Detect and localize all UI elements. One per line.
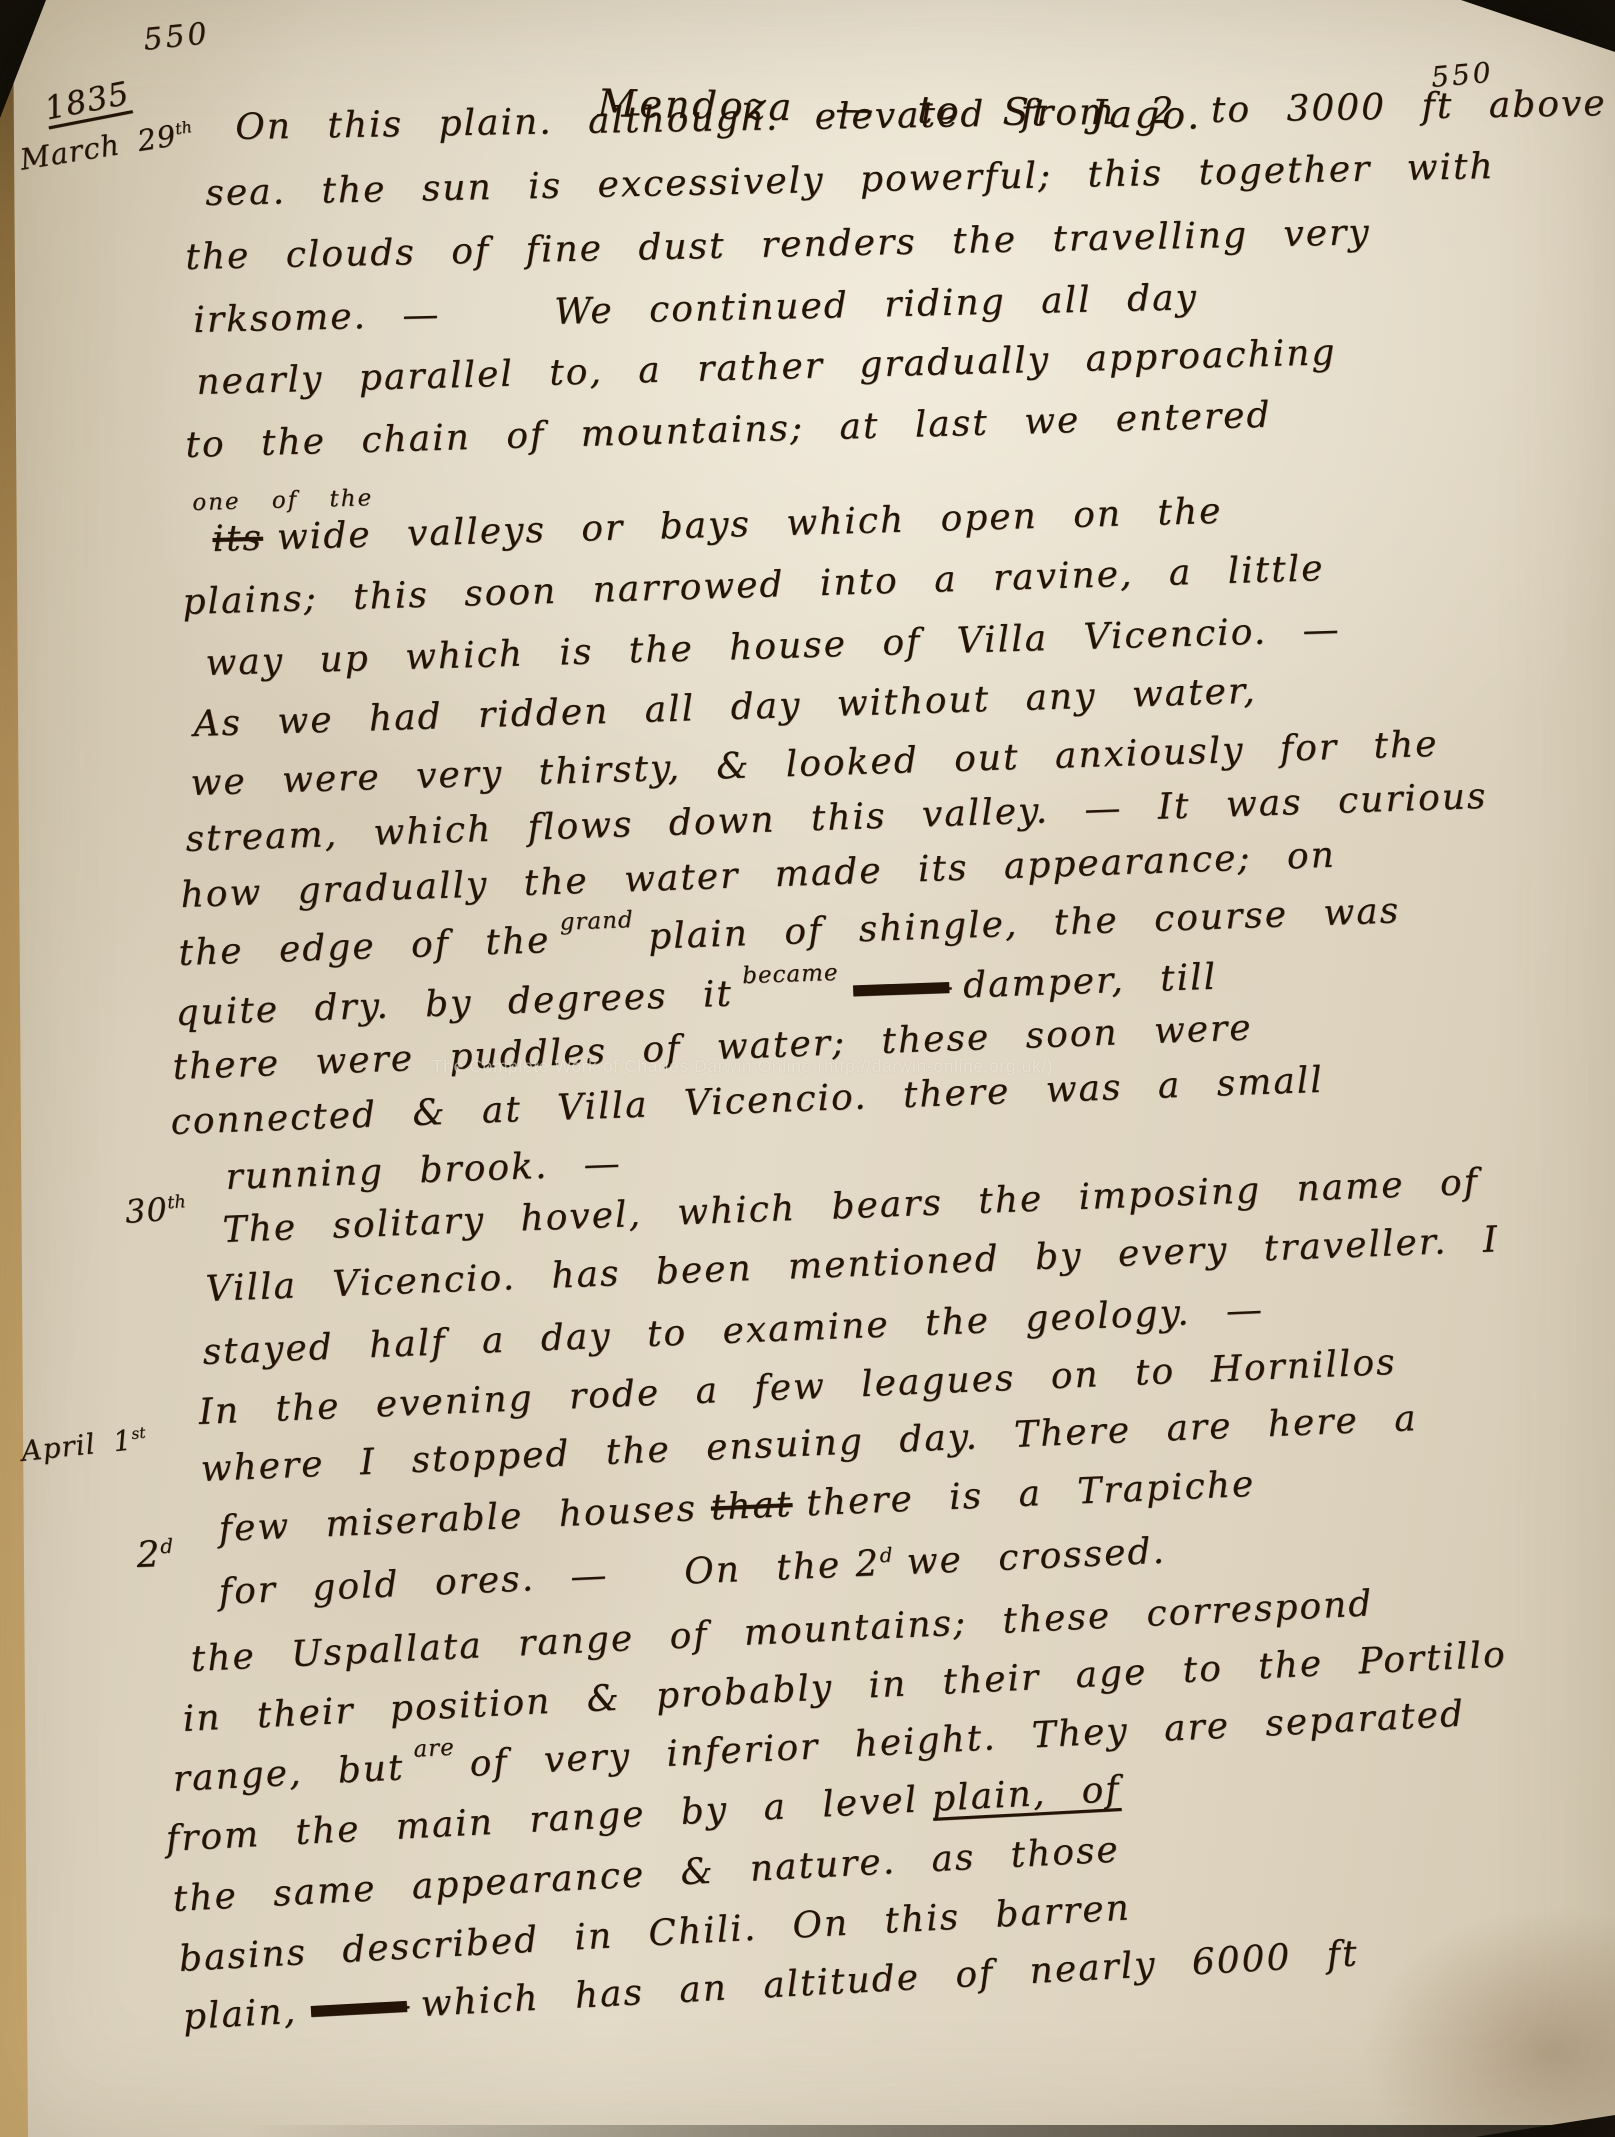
manuscript-line: the clouds of fine dust renders the trav… — [185, 215, 1371, 276]
manuscript-line: nearly parallel to, a rather gradually a… — [196, 335, 1337, 401]
manuscript-line: plains; this soon narrowed into a ravine… — [182, 551, 1325, 621]
manuscript-interlined-words: one of the — [192, 487, 373, 515]
line-text: for gold ores. — On the — [218, 1545, 842, 1613]
line-text: quite dry. by degrees it — [175, 974, 734, 1034]
struck-word: that — [710, 1484, 793, 1529]
margin-note-ordinal: th — [174, 117, 193, 138]
line-text: plain of shingle, the course was — [648, 890, 1401, 957]
margin-note-30th: 30th — [124, 1192, 187, 1228]
manuscript-page: 550 Mendoza — to St Jago. 550 1835 March… — [0, 0, 1615, 2137]
manuscript-line: sea. the sun is excessively powerful; th… — [205, 149, 1495, 212]
darwin-online-watermark: The Complete Work of Charles Darwin Onli… — [432, 1056, 1053, 1077]
line-text: few miserable houses — [218, 1488, 698, 1550]
margin-note-2d: 2d — [136, 1537, 174, 1574]
line-text: range, but — [172, 1747, 406, 1800]
interlined-word: are — [413, 1735, 456, 1763]
struck-word: ——— — [310, 1985, 408, 2031]
line-text: 2 — [854, 1543, 881, 1585]
margin-note-text: 2 — [136, 1534, 161, 1576]
line-text: we crossed. — [906, 1531, 1167, 1583]
margin-note-ordinal: st — [130, 1424, 146, 1443]
margin-note-ordinal: d — [160, 1535, 173, 1558]
manuscript-line: running brook. — — [225, 1146, 622, 1196]
line-text: there is a Trapiche — [805, 1464, 1256, 1525]
interlined-word: became — [742, 960, 839, 989]
photo-edge-shadow-bottom — [0, 2125, 1615, 2137]
margin-note-march-29: March 29th — [18, 119, 195, 175]
manuscript-line: way up which is the house of Villa Vicen… — [205, 612, 1341, 682]
manuscript-line: to the chain of mountains; at last we en… — [185, 398, 1272, 464]
superscript-ordinal: d — [879, 1544, 893, 1568]
struck-word: ——— — [852, 966, 949, 1010]
photo-corner-shadow-top-right — [1455, 0, 1615, 52]
margin-note-text: April 1 — [20, 1423, 134, 1467]
line-text: the edge of the — [178, 920, 551, 974]
book-page-edge — [0, 0, 30, 2137]
struck-word: its — [212, 518, 264, 560]
line-text: wide valleys or bays which open on the — [276, 491, 1223, 558]
interlined-word: grand — [559, 907, 634, 936]
underlined-words: plain, of — [931, 1769, 1121, 1820]
manuscript-line: irksome. — We continued riding all day — [193, 280, 1198, 339]
margin-note-year: 1835 — [42, 77, 132, 125]
page-number-left: 550 — [142, 19, 211, 56]
line-text: damper, till — [962, 957, 1217, 1007]
margin-note-text: March 29 — [18, 118, 179, 176]
margin-note-text: 30 — [124, 1190, 169, 1231]
margin-note-april-1st: April 1st — [20, 1425, 147, 1466]
manuscript-line: As we had ridden all day without any wat… — [193, 674, 1257, 743]
line-text: plain, — [182, 1991, 298, 2038]
margin-note-ordinal: th — [167, 1192, 187, 1213]
